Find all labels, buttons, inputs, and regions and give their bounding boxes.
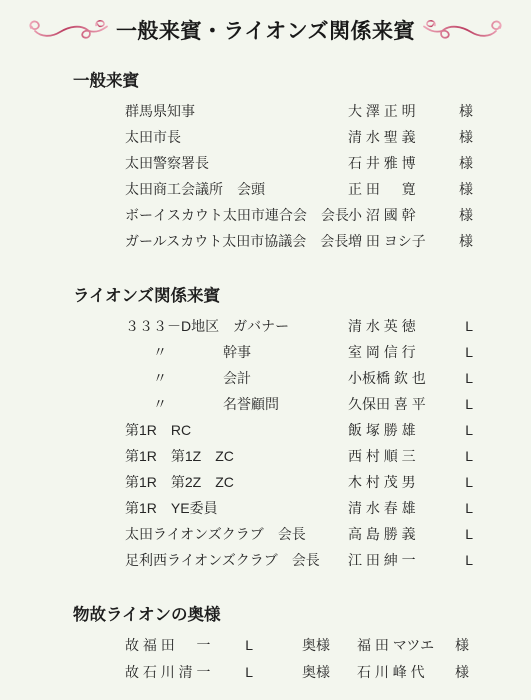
guest-name-cell: 西 村 順 三L [348,443,473,469]
lion-suffix: L [465,495,473,521]
guest-name: 室 岡 信 行 [348,339,416,365]
page-title: 一般来賓・ライオンズ関係来賓 [116,15,415,45]
wife-label: 奥様 [302,659,330,686]
guest-name-cell: 増 田 ヨシ子様 [348,228,473,254]
guest-name-cell: 高 島 勝 義L [348,521,473,547]
guest-name: 小板橋 欽 也 [348,365,426,391]
lion-suffix: L [245,659,253,686]
guest-title: 太田警察署長 [125,155,209,171]
deceased-name-cell: 故 石 川 清 一L [125,659,253,686]
lion-suffix: L [465,365,473,391]
flourish-ornament-right [422,18,504,42]
section-general-guests: 一般来賓 群馬県知事 大 澤 正 明様 太田市長 清 水 聖 義様 太田警察署長… [0,67,531,254]
guest-name: 西 村 順 三 [348,443,416,469]
guest-name-cell: 清 水 聖 義様 [348,124,473,150]
guest-row: 太田商工会議所 会頭 正 田 寛様 [125,176,531,202]
guest-row: 〃 幹事 室 岡 信 行L [125,339,531,365]
deceased-name: 故 福 田 一 [125,632,211,659]
guest-title: 第1R YE委員 [125,500,218,516]
guest-name: 高 島 勝 義 [348,521,416,547]
page-header: 一般来賓・ライオンズ関係来賓 [0,0,531,45]
section-memorial: 物故ライオンの奥様 故 福 田 一L 奥様 福 田 マツエ様 故 石 川 清 一… [0,601,531,686]
honorific: 様 [459,98,473,124]
guest-row: ３３３－D地区 ガバナー 清 水 英 徳L [125,313,531,339]
wife-name-cell: 石 川 峰 代様 [357,659,469,686]
guest-name: 清 水 聖 義 [348,124,416,150]
honorific: 様 [455,632,469,659]
guest-row: 太田市長 清 水 聖 義様 [125,124,531,150]
guest-row: 群馬県知事 大 澤 正 明様 [125,98,531,124]
lion-suffix: L [465,469,473,495]
guest-row: 太田ライオンズクラブ 会長 高 島 勝 義L [125,521,531,547]
deceased-name-cell: 故 福 田 一L [125,632,253,659]
guest-title: 太田市長 [125,129,181,145]
guest-row: 足利西ライオンズクラブ 会長 江 田 紳 一L [125,547,531,573]
honorific: 様 [459,176,473,202]
guest-title: 〃 幹事 [125,344,251,360]
guest-name-cell: 石 井 雅 博様 [348,150,473,176]
guest-name: 清 水 春 雄 [348,495,416,521]
guest-name: 飯 塚 勝 雄 [348,417,416,443]
guest-name-cell: 清 水 春 雄L [348,495,473,521]
guest-title: ３３３－D地区 ガバナー [125,318,289,334]
guest-title: 〃 名誉顧問 [125,396,279,412]
guest-name: 木 村 茂 男 [348,469,416,495]
memorial-row: 故 石 川 清 一L 奥様 石 川 峰 代様 [125,659,531,686]
lions-guest-rows: ３３３－D地区 ガバナー 清 水 英 徳L 〃 幹事 室 岡 信 行L 〃 会計… [125,313,531,573]
guest-name-cell: 室 岡 信 行L [348,339,473,365]
guest-name: 清 水 英 徳 [348,313,416,339]
guest-name: 江 田 紳 一 [348,547,416,573]
flourish-ornament-left [27,18,109,42]
guest-title: ガールスカウト太田市協議会 会長 [125,233,348,249]
wife-name: 福 田 マツエ [357,632,434,659]
honorific: 様 [455,659,469,686]
section-heading-memorial: 物故ライオンの奥様 [73,601,531,625]
guest-title: 第1R RC [125,422,191,438]
guest-row: 第1R 第1Z ZC 西 村 順 三L [125,443,531,469]
guest-row: 太田警察署長 石 井 雅 博様 [125,150,531,176]
guest-name: 増 田 ヨシ子 [348,228,426,254]
guest-name-cell: 清 水 英 徳L [348,313,473,339]
guest-name-cell: 木 村 茂 男L [348,469,473,495]
program-page: 一般来賓・ライオンズ関係来賓 一般来賓 群馬県知事 大 澤 正 明様 太田市長 … [0,0,531,700]
general-guest-rows: 群馬県知事 大 澤 正 明様 太田市長 清 水 聖 義様 太田警察署長 石 井 … [125,98,531,254]
honorific: 様 [459,228,473,254]
honorific: 様 [459,202,473,228]
guest-title: 足利西ライオンズクラブ 会長 [125,552,320,568]
memorial-row: 故 福 田 一L 奥様 福 田 マツエ様 [125,632,531,659]
lion-suffix: L [465,547,473,573]
memorial-rows: 故 福 田 一L 奥様 福 田 マツエ様 故 石 川 清 一L 奥様 石 川 峰… [125,632,531,686]
guest-name: 大 澤 正 明 [348,98,416,124]
guest-title: 第1R 第1Z ZC [125,448,234,464]
wife-name: 石 川 峰 代 [357,659,425,686]
section-heading-general: 一般来賓 [73,67,531,91]
guest-title: 太田ライオンズクラブ 会長 [125,526,306,542]
guest-title: 太田商工会議所 会頭 [125,181,265,197]
guest-name-cell: 小板橋 欽 也L [348,365,473,391]
guest-title: ボーイスカウト太田市連合会 会長 [125,207,349,223]
lion-suffix: L [465,417,473,443]
lion-suffix: L [465,313,473,339]
guest-name: 小 沼 國 幹 [348,202,416,228]
guest-title: 第1R 第2Z ZC [125,474,234,490]
guest-row: 〃 名誉顧問 久保田 喜 平L [125,391,531,417]
lion-suffix: L [465,339,473,365]
guest-name-cell: 小 沼 國 幹様 [348,202,473,228]
lion-suffix: L [465,443,473,469]
wife-name-cell: 福 田 マツエ様 [357,632,469,659]
guest-name-cell: 正 田 寛様 [348,176,473,202]
section-lions-guests: ライオンズ関係来賓 ３３３－D地区 ガバナー 清 水 英 徳L 〃 幹事 室 岡… [0,282,531,573]
guest-name-cell: 大 澤 正 明様 [348,98,473,124]
guest-row: 第1R 第2Z ZC 木 村 茂 男L [125,469,531,495]
guest-title: 群馬県知事 [125,103,195,119]
lion-suffix: L [465,521,473,547]
guest-name-cell: 江 田 紳 一L [348,547,473,573]
lion-suffix: L [245,632,253,659]
deceased-name: 故 石 川 清 一 [125,659,211,686]
section-heading-lions: ライオンズ関係来賓 [73,282,531,306]
guest-row: 第1R YE委員 清 水 春 雄L [125,495,531,521]
guest-name: 久保田 喜 平 [348,391,426,417]
guest-row: ボーイスカウト太田市連合会 会長 小 沼 國 幹様 [125,202,531,228]
guest-name-cell: 久保田 喜 平L [348,391,473,417]
honorific: 様 [459,150,473,176]
guest-title: 〃 会計 [125,370,251,386]
lion-suffix: L [465,391,473,417]
guest-name: 石 井 雅 博 [348,150,416,176]
guest-name: 正 田 寛 [348,176,416,202]
guest-name-cell: 飯 塚 勝 雄L [348,417,473,443]
guest-row: 第1R RC 飯 塚 勝 雄L [125,417,531,443]
wife-label: 奥様 [302,632,330,659]
guest-row: 〃 会計 小板橋 欽 也L [125,365,531,391]
guest-row: ガールスカウト太田市協議会 会長 増 田 ヨシ子様 [125,228,531,254]
honorific: 様 [459,124,473,150]
